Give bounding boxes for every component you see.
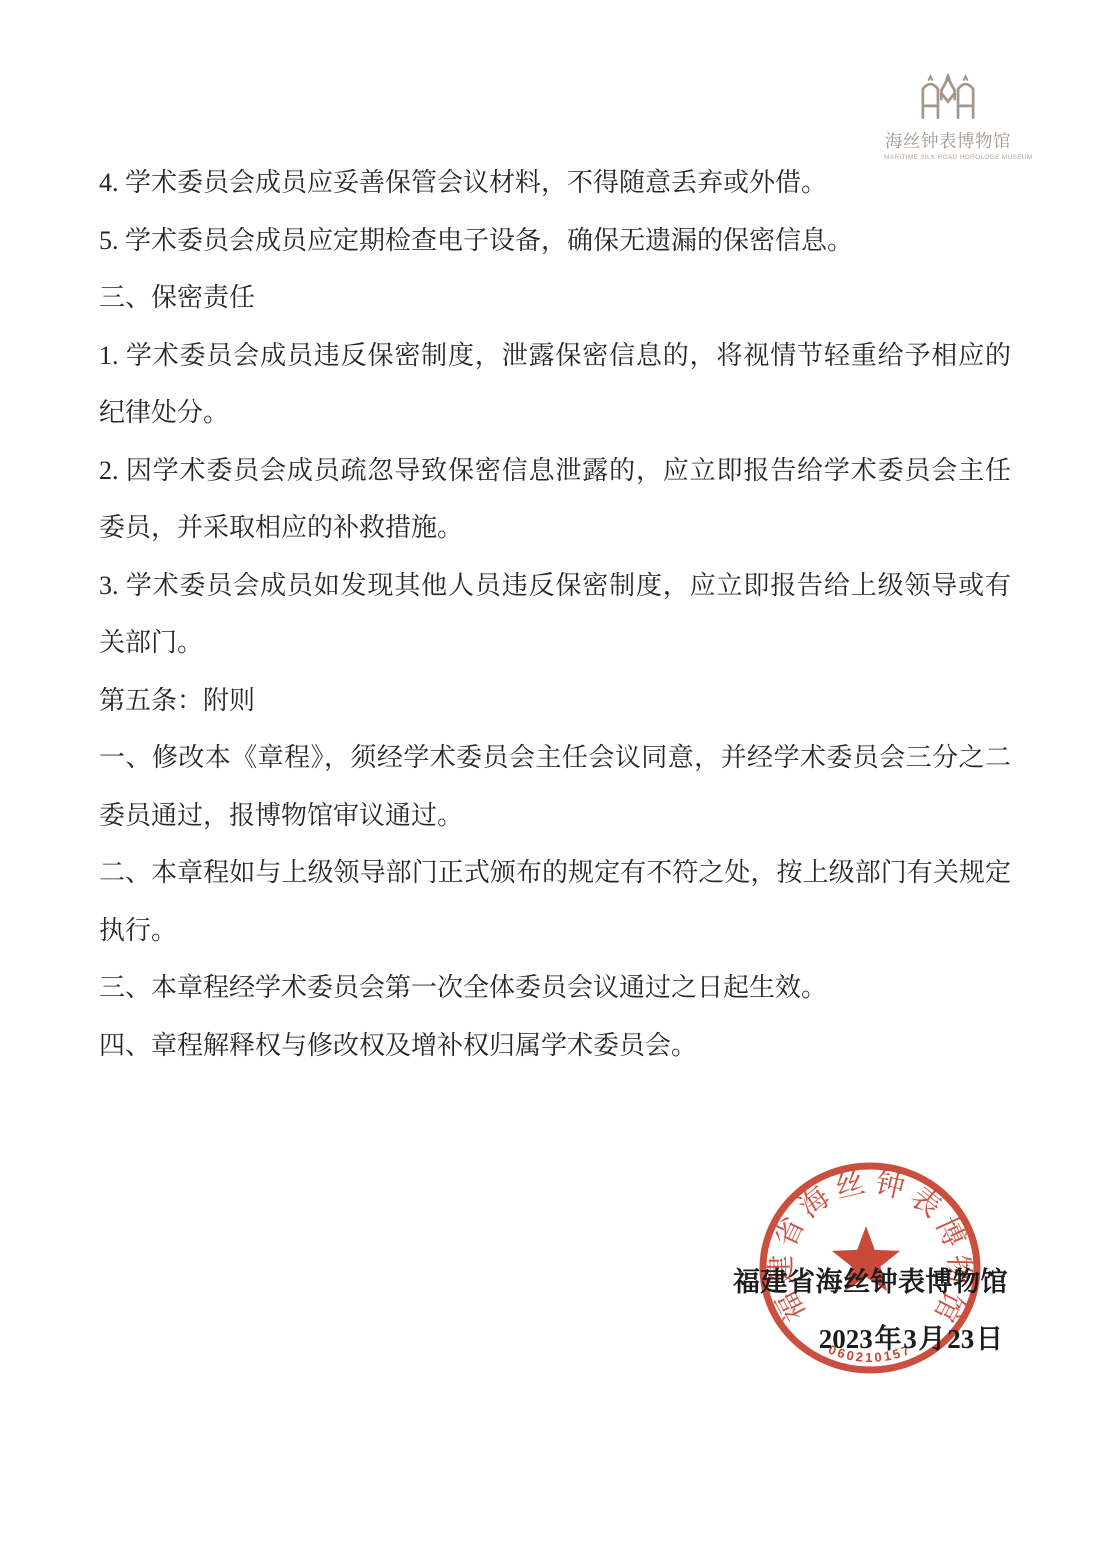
- svg-text:海: 海: [793, 1180, 836, 1224]
- body-line: 二、本章程如与上级领导部门正式颁布的规定有不符之处，按上级部门有关规定: [99, 844, 1011, 902]
- body-line: 4. 学术委员会成员应妥善保管会议材料，不得随意丢弃或外借。: [99, 154, 1011, 212]
- svg-text:钟: 钟: [872, 1166, 908, 1205]
- svg-text:丝: 丝: [832, 1166, 868, 1205]
- body-line: 3. 学术委员会成员如发现其他人员违反保密制度，应立即报告给上级领导或有: [99, 557, 1011, 615]
- document-body: 4. 学术委员会成员应妥善保管会议材料，不得随意丢弃或外借。 5. 学术委员会成…: [99, 154, 1011, 1074]
- body-line: 2. 因学术委员会成员疏忽导致保密信息泄露的，应立即报告给学术委员会主任: [99, 442, 1011, 500]
- body-line: 1. 学术委员会成员违反保密制度，泄露保密信息的，将视情节轻重给予相应的: [99, 327, 1011, 385]
- body-line: 委员，并采取相应的补救措施。: [99, 499, 1011, 557]
- signature-date: 2023 年 3 月 23 日: [819, 1317, 1003, 1356]
- body-line: 关部门。: [99, 614, 1011, 672]
- page-root: 海丝钟表博物馆 MARITIME SILK ROAD HOROLOGE MUSE…: [0, 0, 1102, 1559]
- body-line: 委员通过，报博物馆审议通过。: [99, 787, 1011, 845]
- body-line: 5. 学术委员会成员应定期检查电子设备，确保无遗漏的保密信息。: [99, 212, 1011, 270]
- body-line: 执行。: [99, 902, 1011, 960]
- body-line: 第五条：附则: [99, 672, 1011, 730]
- museum-logo: 海丝钟表博物馆 MARITIME SILK ROAD HOROLOGE MUSE…: [884, 74, 1012, 161]
- body-line: 四、章程解释权与修改权及增补权归属学术委员会。: [99, 1017, 1011, 1075]
- museum-logo-icon: [916, 74, 980, 126]
- body-line: 三、本章程经学术委员会第一次全体委员会议通过之日起生效。: [99, 959, 1011, 1017]
- body-line: 三、保密责任: [99, 269, 1011, 327]
- museum-logo-name: 海丝钟表博物馆: [884, 128, 1012, 153]
- svg-text:表: 表: [904, 1180, 947, 1224]
- body-line: 一、修改本《章程》，须经学术委员会主任会议同意，并经学术委员会三分之二: [99, 729, 1011, 787]
- signature-org: 福建省海丝钟表博物馆: [733, 1260, 1008, 1299]
- body-line: 纪律处分。: [99, 384, 1011, 442]
